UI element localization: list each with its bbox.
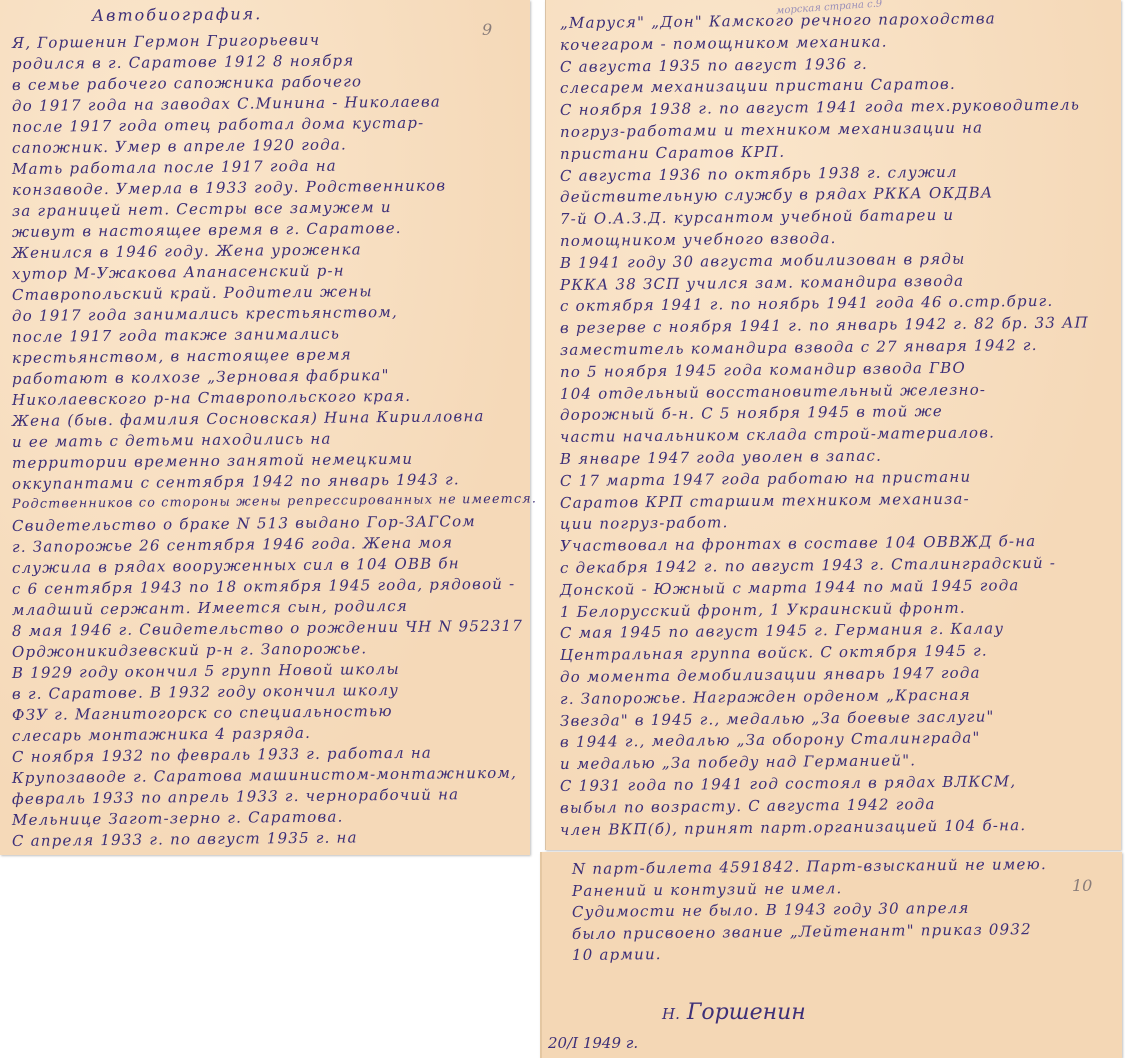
handwritten-line: Судимости не было. В 1943 году 30 апреля (572, 899, 970, 921)
handwritten-line: Ранений и контузий не имел. (572, 879, 843, 900)
handwritten-line: младший сержант. Имеется сын, родился (12, 597, 408, 619)
page-number: 9 (482, 20, 492, 39)
handwritten-line: в резерве с ноября 1941 г. по январь 194… (560, 314, 1089, 338)
handwritten-line: дорожный б-н. С 5 ноября 1945 в той же (560, 402, 943, 424)
handwritten-line: Звезда" в 1945 г., медалью „За боевые за… (560, 707, 995, 730)
handwritten-line: до 1917 года на заводах С.Минина - Никол… (12, 93, 441, 115)
handwritten-line: в 1944 г., медалью „За оборону Сталингра… (560, 729, 981, 751)
handwritten-line: член ВКП(б), принят парт.организацией 10… (560, 816, 1026, 839)
handwritten-line: Николаевского р-на Ставропольского края. (12, 387, 411, 409)
handwritten-line: С ноября 1938 г. по август 1941 года тех… (560, 96, 1080, 119)
handwritten-line: г. Запорожье 26 сентября 1946 года. Жена… (12, 533, 453, 556)
handwritten-line: ФЗУ г. Магнитогорск со специальностью (12, 702, 393, 724)
signature-name: Горшенин (687, 1000, 806, 1025)
handwritten-line: С апреля 1933 г. по август 1935 г. на (12, 828, 358, 850)
handwritten-line: Орджоникидзевский р-н г. Запорожье. (12, 639, 367, 661)
handwritten-line: и медалью „За победу над Германией". (560, 751, 916, 773)
handwritten-line: Я, Горшенин Гермон Григорьевич (12, 31, 320, 52)
signature-date: 20/I 1949 г. (548, 1034, 638, 1052)
page-number: 10 (1072, 876, 1092, 895)
handwritten-line: слесарем механизации пристани Саратов. (560, 75, 956, 97)
handwritten-line: действительную службу в рядах РККА ОКДВА (560, 184, 994, 207)
handwritten-line: хутор М-Ужакова Апанасенский р-н (12, 262, 345, 283)
handwritten-line: Мать работала после 1917 года на (12, 157, 337, 178)
handwritten-line: до 1917 года занимались крестьянством, (12, 303, 398, 325)
handwritten-line: по 5 ноября 1945 года командир взвода ГВ… (560, 359, 966, 381)
signature: Н. Горшенин (662, 1000, 806, 1025)
handwritten-line: В 1929 году окончил 5 групп Новой школы (12, 660, 400, 682)
handwritten-line: в семье рабочего сапожника рабочего (12, 72, 362, 94)
handwritten-line: Саратов КРП старшим техником механиза- (560, 489, 970, 511)
signature-prefix: Н. (662, 1005, 680, 1023)
handwritten-line: части начальником склада строй-материало… (560, 424, 995, 447)
handwritten-line: с 6 сентября 1943 по 18 октября 1945 год… (12, 575, 516, 598)
handwritten-line: погруз-работами и техником механизации н… (560, 119, 983, 141)
handwritten-line: кочегаром - помощником механика. (560, 32, 888, 53)
handwritten-line: 7-й О.А.З.Д. курсантом учебной батареи и (560, 206, 954, 228)
handwritten-line: N парт-билета 4591842. Парт-взысканий не… (572, 855, 1047, 878)
handwritten-line: за границей нет. Сестры все замужем и (12, 198, 392, 220)
handwritten-line: до момента демобилизации январь 1947 год… (560, 664, 981, 686)
document-title: Автобиография. (92, 4, 263, 25)
handwritten-line: С ноября 1932 по февраль 1933 г. работал… (12, 744, 432, 766)
handwritten-line: территории временно занятой немецкими (12, 450, 413, 472)
handwritten-line: 104 отдельный восстановительный железно- (560, 380, 986, 402)
handwritten-line: Крупозаводе г. Саратова машинистом-монта… (12, 764, 517, 787)
handwritten-line: С августа 1936 по октябрь 1938 г. служил (560, 162, 958, 184)
handwritten-line: С 17 марта 1947 года работаю на пристани (560, 467, 971, 489)
handwritten-line: 1 Белорусский фронт, 1 Украинский фронт. (560, 598, 966, 620)
handwritten-line: Донской - Южный с марта 1944 по май 1945… (560, 576, 1020, 599)
handwritten-line: С августа 1935 по август 1936 г. (560, 54, 868, 75)
handwritten-line: г. Запорожье. Награжден орденом „Красная (560, 685, 971, 707)
handwritten-line: Центральная группа войск. С октября 1945… (560, 642, 988, 664)
handwritten-line: сапожник. Умер в апреле 1920 года. (12, 135, 347, 157)
handwritten-line: Участвовал на фронтах в составе 104 ОВВЖ… (560, 532, 1037, 555)
handwritten-line: после 1917 года также занимались (12, 325, 340, 346)
left-manuscript-page: Автобиография. 9 Я, Горшенин Гермон Григ… (0, 0, 530, 855)
handwritten-line: помощником учебного взвода. (560, 229, 837, 250)
handwritten-line: пристани Саратов КРП. (560, 142, 785, 162)
handwritten-line: было присвоено звание „Лейтенант" приказ… (572, 920, 1032, 943)
handwritten-line: с октября 1941 г. по ноябрь 1941 года 46… (560, 292, 1054, 315)
handwritten-line: РККА 38 ЗСП учился зам. командира взвода (560, 271, 964, 293)
right-manuscript-page: морская страна с.9 „Маруся" „Дон" Камско… (545, 0, 1121, 850)
handwritten-line: Ставропольский край. Родители жены (12, 282, 373, 304)
handwritten-line: выбыл по возрасту. С августа 1942 года (560, 795, 936, 817)
handwritten-line: 8 мая 1946 г. Свидетельство о рождении Ч… (12, 617, 523, 640)
handwritten-line: слесарь монтажника 4 разряда. (12, 724, 311, 745)
handwritten-line: в г. Саратове. В 1932 году окончил школу (12, 681, 399, 703)
handwritten-line: заместитель командира взвода с 27 января… (560, 336, 1038, 359)
handwritten-line: и ее мать с детьми находились на (12, 430, 332, 451)
handwritten-line: Мельнице Загот-зерно г. Саратова. (12, 808, 344, 829)
handwritten-line: Женился в 1946 году. Жена уроженка (12, 240, 362, 262)
handwritten-line: родился в г. Саратове 1912 8 ноября (12, 51, 355, 73)
handwritten-line: В январе 1947 года уволен в запас. (560, 447, 882, 468)
handwritten-line: С мая 1945 по август 1945 г. Германия г.… (560, 620, 1004, 643)
handwritten-line: оккупантами с сентября 1942 по январь 19… (12, 470, 460, 493)
continuation-slip: 10 N парт-билета 4591842. Парт-взысканий… (540, 852, 1122, 1058)
handwritten-line: С 1931 года по 1941 год состоял в рядах … (560, 772, 1016, 795)
handwritten-line: февраль 1933 по апрель 1933 г. чернорабо… (12, 785, 459, 808)
handwritten-line: после 1917 года отец работал дома кустар… (12, 114, 425, 136)
handwritten-line: ции погруз-работ. (560, 514, 729, 534)
handwritten-line: Свидетельство о браке N 513 выдано Гор-З… (12, 512, 476, 535)
handwritten-line: живут в настоящее время в г. Саратове. (12, 219, 402, 241)
handwritten-line: В 1941 году 30 августа мобилизован в ряд… (560, 250, 966, 272)
handwritten-line: 10 армии. (572, 945, 662, 964)
handwritten-line: конзаводе. Умерла в 1933 году. Родственн… (12, 176, 446, 199)
handwritten-line: Жена (быв. фамилия Сосновская) Нина Кири… (12, 407, 485, 430)
handwritten-line: Родственников со стороны жены репрессиро… (12, 491, 527, 511)
handwritten-line: крестьянством, в настоящее время (12, 345, 352, 367)
handwritten-line: „Маруся" „Дон" Камского речного пароходс… (560, 9, 996, 32)
handwritten-line: служила в рядах вооруженных сил в 104 ОВ… (12, 554, 460, 577)
handwritten-line: с декабря 1942 г. по август 1943 г. Стал… (560, 554, 1056, 577)
handwritten-line: работают в колхозе „Зерновая фабрика" (12, 366, 390, 388)
